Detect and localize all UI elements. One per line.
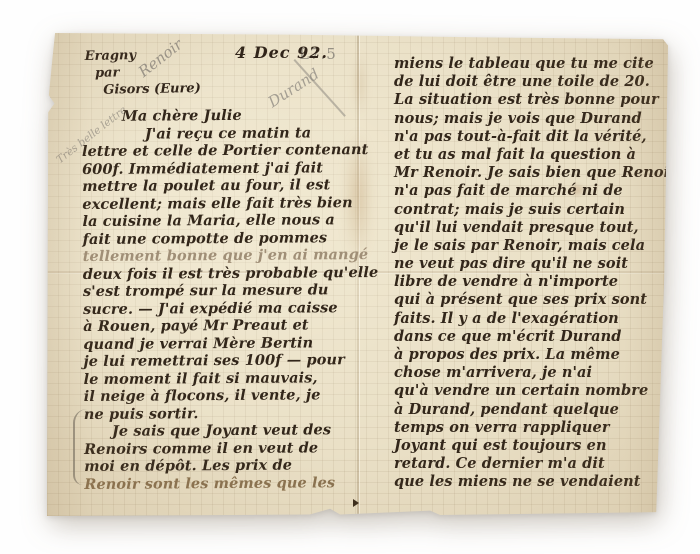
letter-line: chose m'arrivera, je n'ai: [394, 364, 677, 382]
letter-line: nous; mais je vois que Durand: [394, 110, 677, 128]
letter-line: Joyant qui est toujours en: [394, 437, 677, 455]
letter-line: Je sais que Joyant veut des: [112, 421, 380, 440]
letter-line: ne veut pas dire qu'il ne soit: [394, 255, 677, 273]
letter-line: je lui remettrai ses 100f — pour: [83, 351, 379, 371]
letter-line: qu'il lui vendait presque tout,: [394, 219, 677, 237]
letter-line: je le sais par Renoir, mais cela: [394, 237, 677, 255]
letter-line: faits. Il y a de l'exagération: [394, 310, 677, 328]
letter-line: Renoirs comme il en veut de: [84, 438, 380, 458]
letter-page-2: miens le tableau que tu me cite de lui d…: [394, 55, 677, 492]
address-line: par: [95, 63, 201, 82]
letter-line: La situation est très bonne pour: [394, 91, 677, 109]
letter-line: lettre et celle de Portier contenant: [82, 141, 378, 161]
letter-line: sucre. — J'ai expédié ma caisse: [83, 298, 379, 318]
letter-page-1: Ma chère Julie J'ai reçu ce matin ta let…: [82, 106, 380, 493]
paper-surface: Renoir Durand L7.5 Très belle lettre x E…: [47, 33, 668, 516]
letter-line: J'ai reçu ce matin ta: [145, 123, 378, 142]
letter-line: à Durand, pendant quelque: [394, 401, 677, 419]
letter-line-faded: Renoir sont les mêmes que les: [84, 473, 380, 493]
letter-line: n'a pas tout-à-fait dit la vérité,: [394, 128, 677, 146]
letter-line: libre de vendre à n'importe: [394, 273, 677, 291]
letter-line: le moment il fait si mauvais,: [83, 368, 379, 388]
letter-line: à Rouen, payé Mr Preaut et: [83, 316, 379, 336]
small-ink-mark: [353, 499, 359, 507]
letter-line: 600f. Immédiatement j'ai fait: [82, 158, 378, 178]
address-line: Gisors (Eure): [103, 80, 201, 99]
letter-line: mettre la poulet au four, il est: [82, 176, 378, 196]
letter-photo: Renoir Durand L7.5 Très belle lettre x E…: [0, 0, 700, 554]
pencil-scribble: x: [45, 94, 55, 106]
letter-line: n'a pas fait de marché ni de: [394, 182, 677, 200]
letter-line: retard. Ce dernier m'a dit: [394, 455, 677, 473]
salutation: Ma chère Julie: [122, 106, 378, 125]
letter-line: il neige à flocons, il vente, je: [84, 386, 380, 406]
letter-line: de lui doit être une toile de 20.: [394, 73, 677, 91]
letter-line: moi en dépôt. Les prix de: [84, 456, 380, 476]
pencil-annotation-durand: Durand: [265, 65, 323, 111]
letter-line: s'est trompé sur la mesure du: [83, 281, 379, 301]
letter-line: quand je verrai Mère Bertin: [83, 333, 379, 353]
letter-line: que les miens ne se vendaient: [394, 473, 677, 491]
letter-sheet: Renoir Durand L7.5 Très belle lettre x E…: [47, 33, 668, 516]
letter-line: deux fois il est très probable qu'elle: [83, 263, 379, 283]
letter-line: la cuisine la Maria, elle nous a: [82, 211, 378, 231]
letter-line: ne puis sortir.: [84, 403, 380, 423]
letter-date: 4 Dec 92.: [235, 43, 328, 62]
address-line: Eragny: [85, 46, 201, 65]
letter-line: qu'à vendre un certain nombre: [394, 382, 677, 400]
letter-line: temps on verra rappliquer: [394, 419, 677, 437]
letter-line: contrat; mais je suis certain: [394, 201, 677, 219]
letter-line: miens le tableau que tu me cite: [394, 55, 677, 73]
letter-line: fait une compotte de pommes: [83, 228, 379, 248]
letter-line: Mr Renoir. Je sais bien que Renoir: [394, 164, 677, 182]
letter-line: à propos des prix. La même: [394, 346, 677, 364]
letter-line: et tu as mal fait la question à: [394, 146, 677, 164]
letter-line: dans ce que m'écrit Durand: [394, 328, 677, 346]
letter-line: qui à présent que ses prix sont: [394, 291, 677, 309]
letter-line-faded: tellement bonne que j'en ai mangé: [83, 246, 379, 266]
letter-line: excellent; mais elle fait très bien: [82, 193, 378, 213]
sender-address: Eragny par Gisors (Eure): [85, 46, 201, 99]
